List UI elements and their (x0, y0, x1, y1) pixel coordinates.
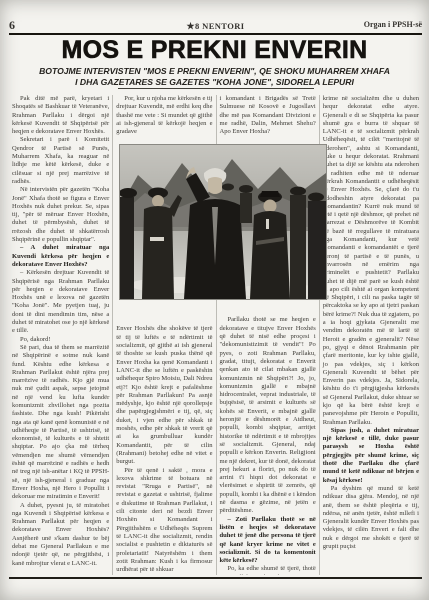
paragraph: Po, dakord! (12, 336, 109, 344)
paragraph: Po, ka edhe shumë të tjerë, thotë zoti P… (220, 565, 316, 575)
interview-question: Sipas jush, a duhet miratuar një kërkesë… (323, 427, 419, 485)
photo-enver-hoxha-saluting (120, 145, 326, 299)
interview-question: – Zoti Parllaku thotë se në listën e heq… (220, 516, 316, 566)
subtitle-line2: I DHA GAZETARES SE GAZETES "KOHA JONE", … (75, 77, 354, 87)
headline: MOS E PREKNI ENVERIN (0, 36, 429, 65)
bottom-rule (9, 577, 422, 579)
paragraph: i komandant i Brigadës së Tretë Sulmuese… (220, 95, 316, 136)
paragraph: Pa dyshim që mund të ketë ndikuar disa g… (323, 485, 419, 551)
paragraph: – Kërkesën drejtuar Kuvendit të Shqipëri… (12, 269, 109, 335)
paragraph: krime në socializëm dhe u duhen hequr de… (323, 95, 419, 427)
interview-question: – A duhet miratuar nga Kuvendi kërkesa p… (12, 244, 109, 269)
newspaper-page: 6 ★8 NENTORI Organ i PPSH-së MOS E PREKN… (0, 0, 429, 600)
paragraph: Sekretari i parë i Komitetit Qendror të … (12, 136, 109, 186)
subtitle-line1: BOTOJME INTERVISTEN "MOS E PREKNI ENVERI… (39, 66, 390, 76)
masthead: ★8 NENTORI (9, 21, 422, 32)
organ-label: Organ i PPSH-së (364, 20, 422, 29)
paragraph: Parllaku thotë se me heqjen e dekoratave… (220, 316, 316, 515)
subtitle-underline (118, 88, 314, 89)
column-4: krime në socializëm dhe u duhen hequr de… (319, 95, 422, 575)
paragraph: Pak ditë më parë, kryetari i Shoqatës së… (12, 95, 109, 136)
figure-left-edge (120, 197, 134, 299)
subtitle: BOTOJME INTERVISTEN "MOS E PREKNI ENVERI… (14, 66, 415, 87)
paragraph: Enver Hoxhës dhe shokëve të tjerë të tij… (116, 325, 212, 466)
photo-illustration (120, 145, 326, 299)
column-1: Pak ditë më parë, kryetari i Shoqatës së… (9, 95, 112, 575)
masthead-title: 8 NENTORI (195, 21, 245, 31)
paragraph: Në intervistën për gazetën "Koha Jonë" X… (12, 186, 109, 244)
paragraph: Por, kur u njoha me kërkesën e tij drejt… (116, 95, 212, 136)
star-icon: ★ (187, 21, 195, 31)
paragraph: Për të qenë i saktë , mora e lexova shkr… (116, 467, 212, 575)
paragraph: Së pari, dua të them se marrëzitë në Shq… (12, 344, 109, 502)
paragraph: A duhet, pyesni ju, të miratohet nga Kuv… (12, 502, 109, 568)
page-header: 6 ★8 NENTORI Organ i PPSH-së (9, 20, 422, 33)
